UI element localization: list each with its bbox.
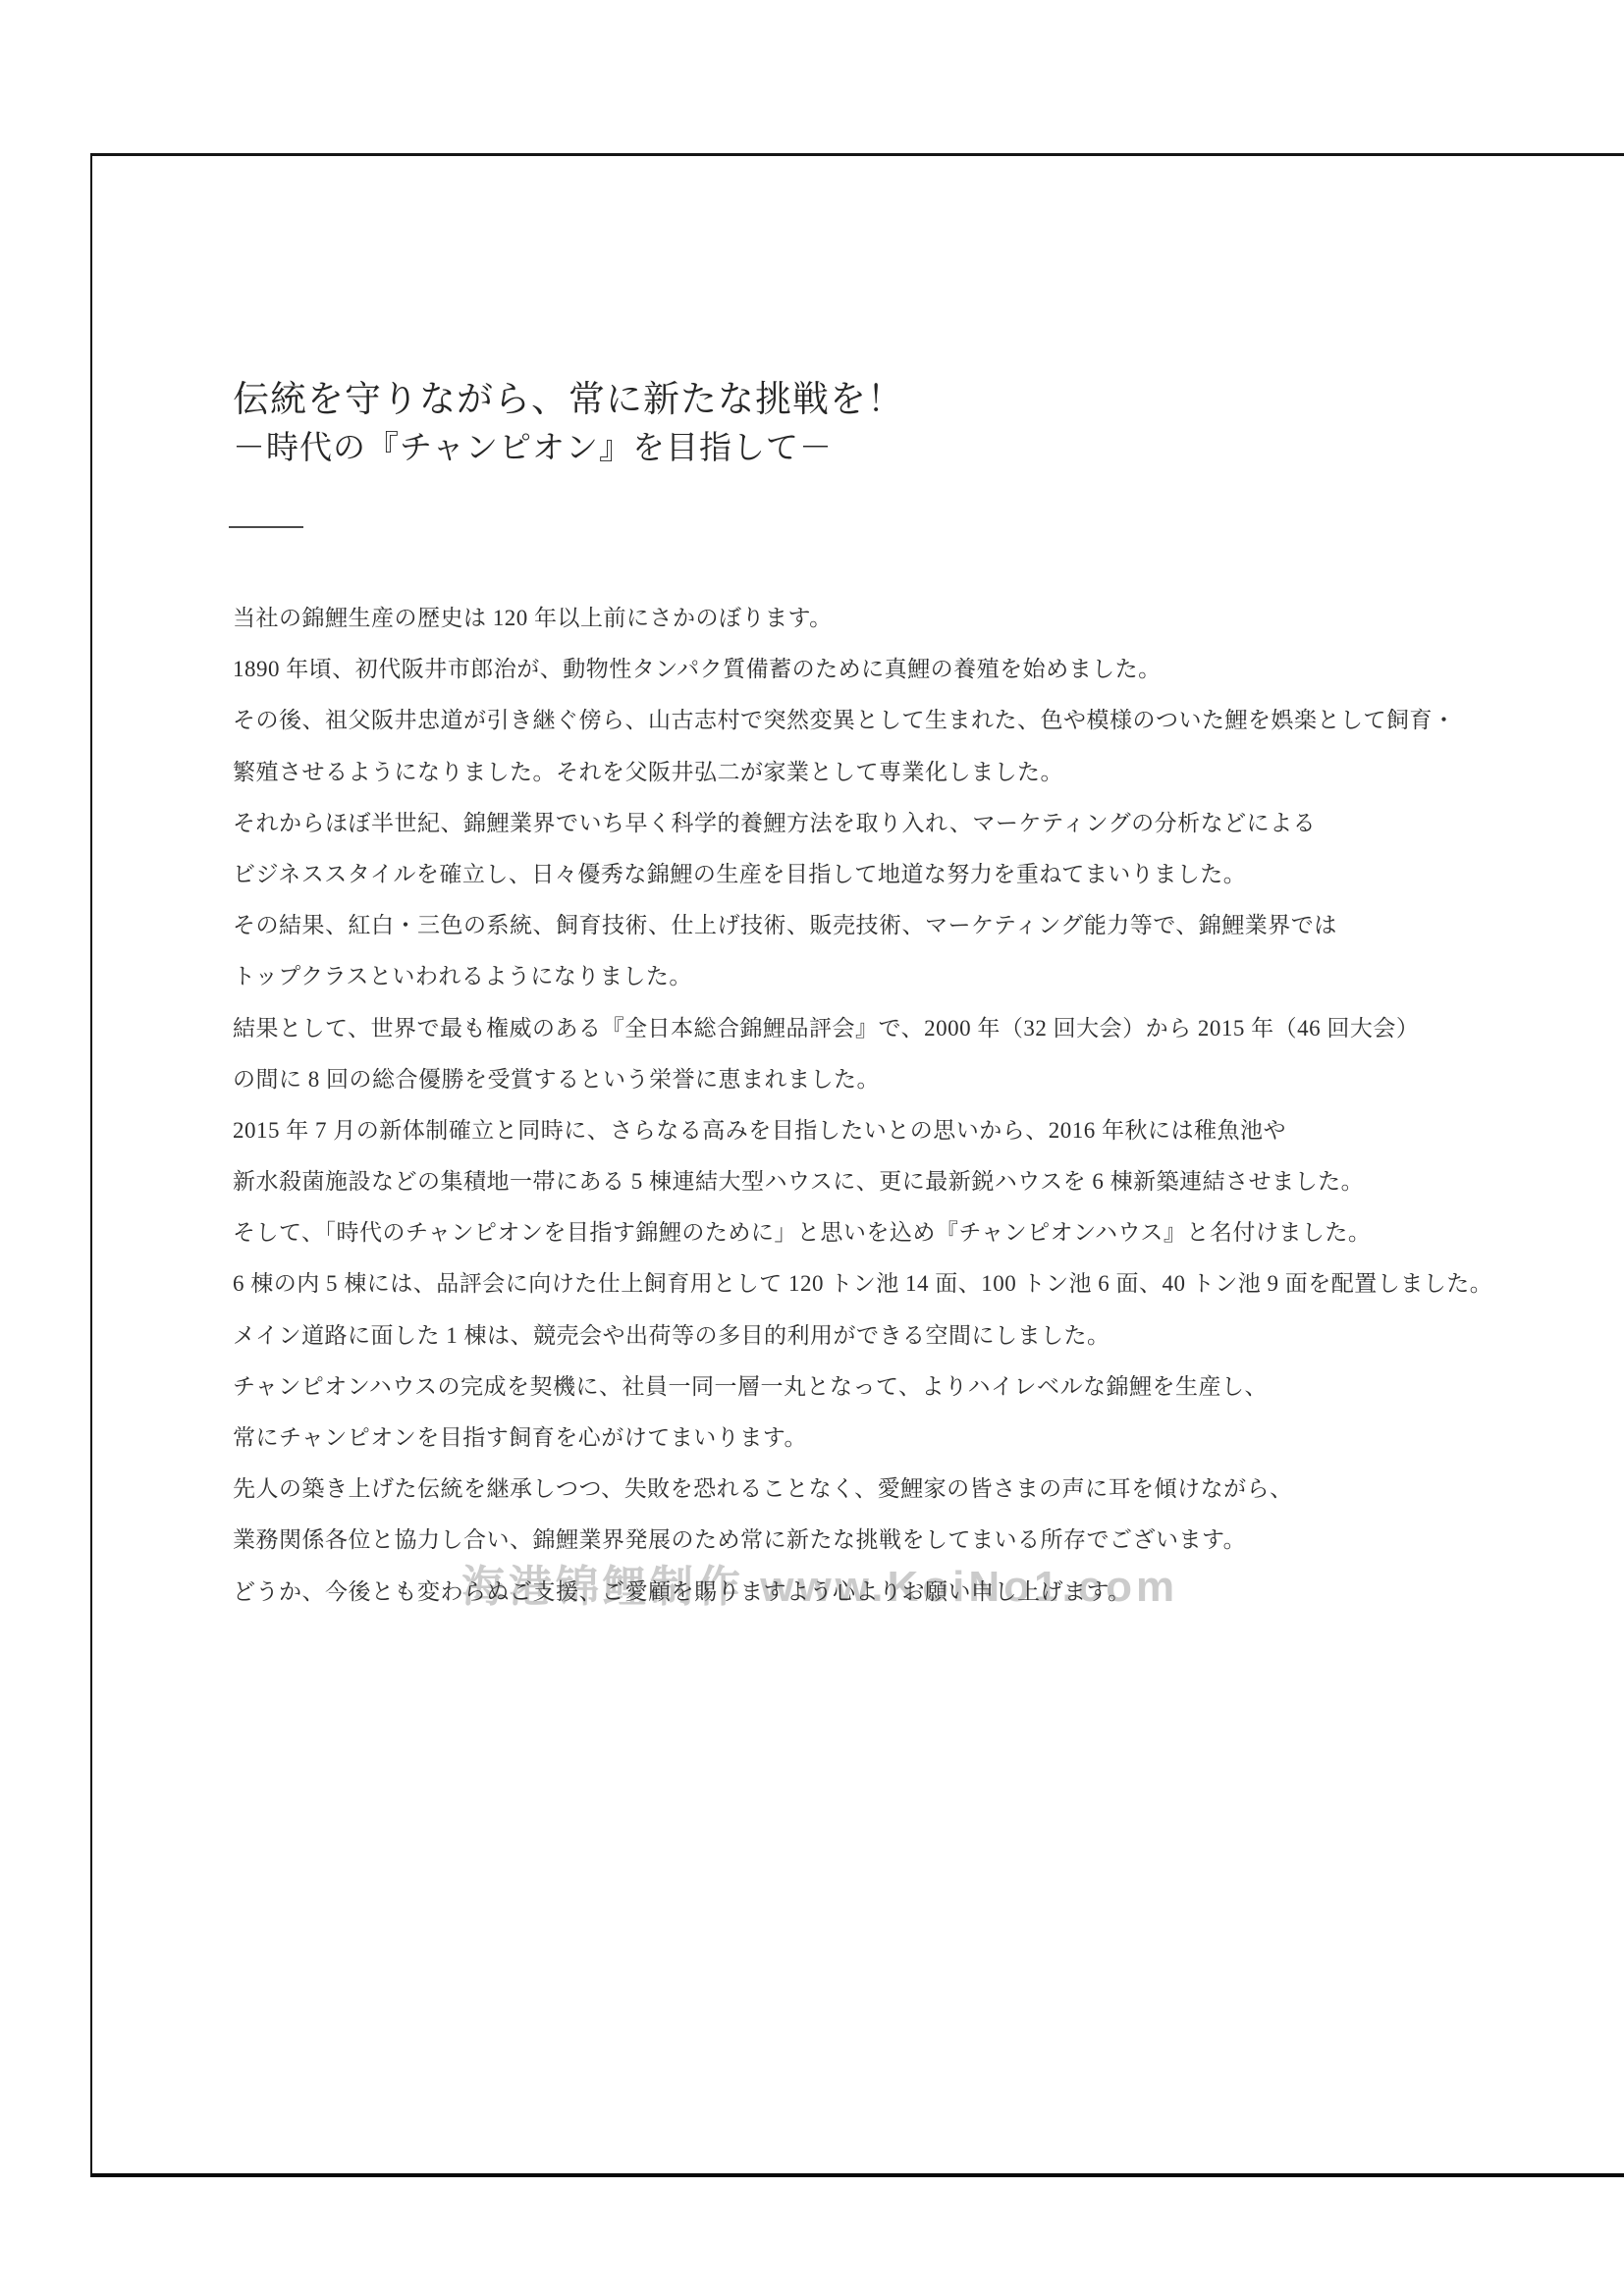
- document-subtitle: －時代の『チャンピオン』を目指して－: [233, 422, 833, 468]
- body-line: 繁殖させるようになりました。それを父阪井弘二が家業として専業化しました。: [233, 747, 1529, 798]
- body-line: そして、「時代のチャンピオンを目指す錦鯉のために」と思いを込め『チャンピオンハウ…: [233, 1207, 1529, 1258]
- body-line: どうか、今後とも変わらぬご支援、ご愛顧を賜りますよう心よりお願い申し上げます。: [233, 1567, 1529, 1618]
- scanned-document-page: { "page": { "title_line1": "伝統を守りながら、常に新…: [0, 0, 1624, 2296]
- body-line: 6 棟の内 5 棟には、品評会に向けた仕上飼育用として 120 トン池 14 面…: [233, 1258, 1529, 1309]
- body-line: 当社の錦鯉生産の歴史は 120 年以上前にさかのぼります。: [233, 593, 1529, 644]
- document-title: 伝統を守りながら、常に新たな挑戦を！: [233, 369, 904, 422]
- body-line: 先人の築き上げた伝統を継承しつつ、失敗を恐れることなく、愛鯉家の皆さまの声に耳を…: [233, 1464, 1529, 1515]
- body-line: 2015 年 7 月の新体制確立と同時に、さらなる高みを目指したいとの思いから、…: [233, 1105, 1529, 1156]
- body-line: 結果として、世界で最も権威のある『全日本総合錦鯉品評会』で、2000 年（32 …: [233, 1003, 1529, 1054]
- body-line: その結果、紅白・三色の系統、飼育技術、仕上げ技術、販売技術、マーケティング能力等…: [233, 900, 1529, 951]
- body-line: の間に 8 回の総合優勝を受賞するという栄誉に恵まれました。: [233, 1054, 1529, 1105]
- body-line: トップクラスといわれるようになりました。: [233, 951, 1529, 1002]
- title-divider-rule: [229, 526, 303, 528]
- body-line: 業務関係各位と協力し合い、錦鯉業界発展のため常に新たな挑戦をしてまいる所存でござ…: [233, 1515, 1529, 1566]
- body-line: それからほぼ半世紀、錦鯉業界でいち早く科学的養鯉方法を取り入れ、マーケティングの…: [233, 798, 1529, 849]
- body-line: ビジネススタイルを確立し、日々優秀な錦鯉の生産を目指して地道な努力を重ねてまいり…: [233, 849, 1529, 900]
- body-line: 1890 年頃、初代阪井市郎治が、動物性タンパク質備蓄のために真鯉の養殖を始めま…: [233, 644, 1529, 695]
- body-line: メイン道路に面した 1 棟は、競売会や出荷等の多目的利用ができる空間にしました。: [233, 1310, 1529, 1362]
- body-line: 新水殺菌施設などの集積地一帯にある 5 棟連結大型ハウスに、更に最新鋭ハウスを …: [233, 1156, 1529, 1207]
- body-line: 常にチャンピオンを目指す飼育を心がけてまいります。: [233, 1413, 1529, 1464]
- body-line: チャンピオンハウスの完成を契機に、社員一同一層一丸となって、よりハイレベルな錦鯉…: [233, 1362, 1529, 1413]
- document-body: 当社の錦鯉生産の歴史は 120 年以上前にさかのぼります。1890 年頃、初代阪…: [233, 593, 1529, 1618]
- body-line: その後、祖父阪井忠道が引き継ぐ傍ら、山古志村で突然変異として生まれた、色や模様の…: [233, 695, 1529, 746]
